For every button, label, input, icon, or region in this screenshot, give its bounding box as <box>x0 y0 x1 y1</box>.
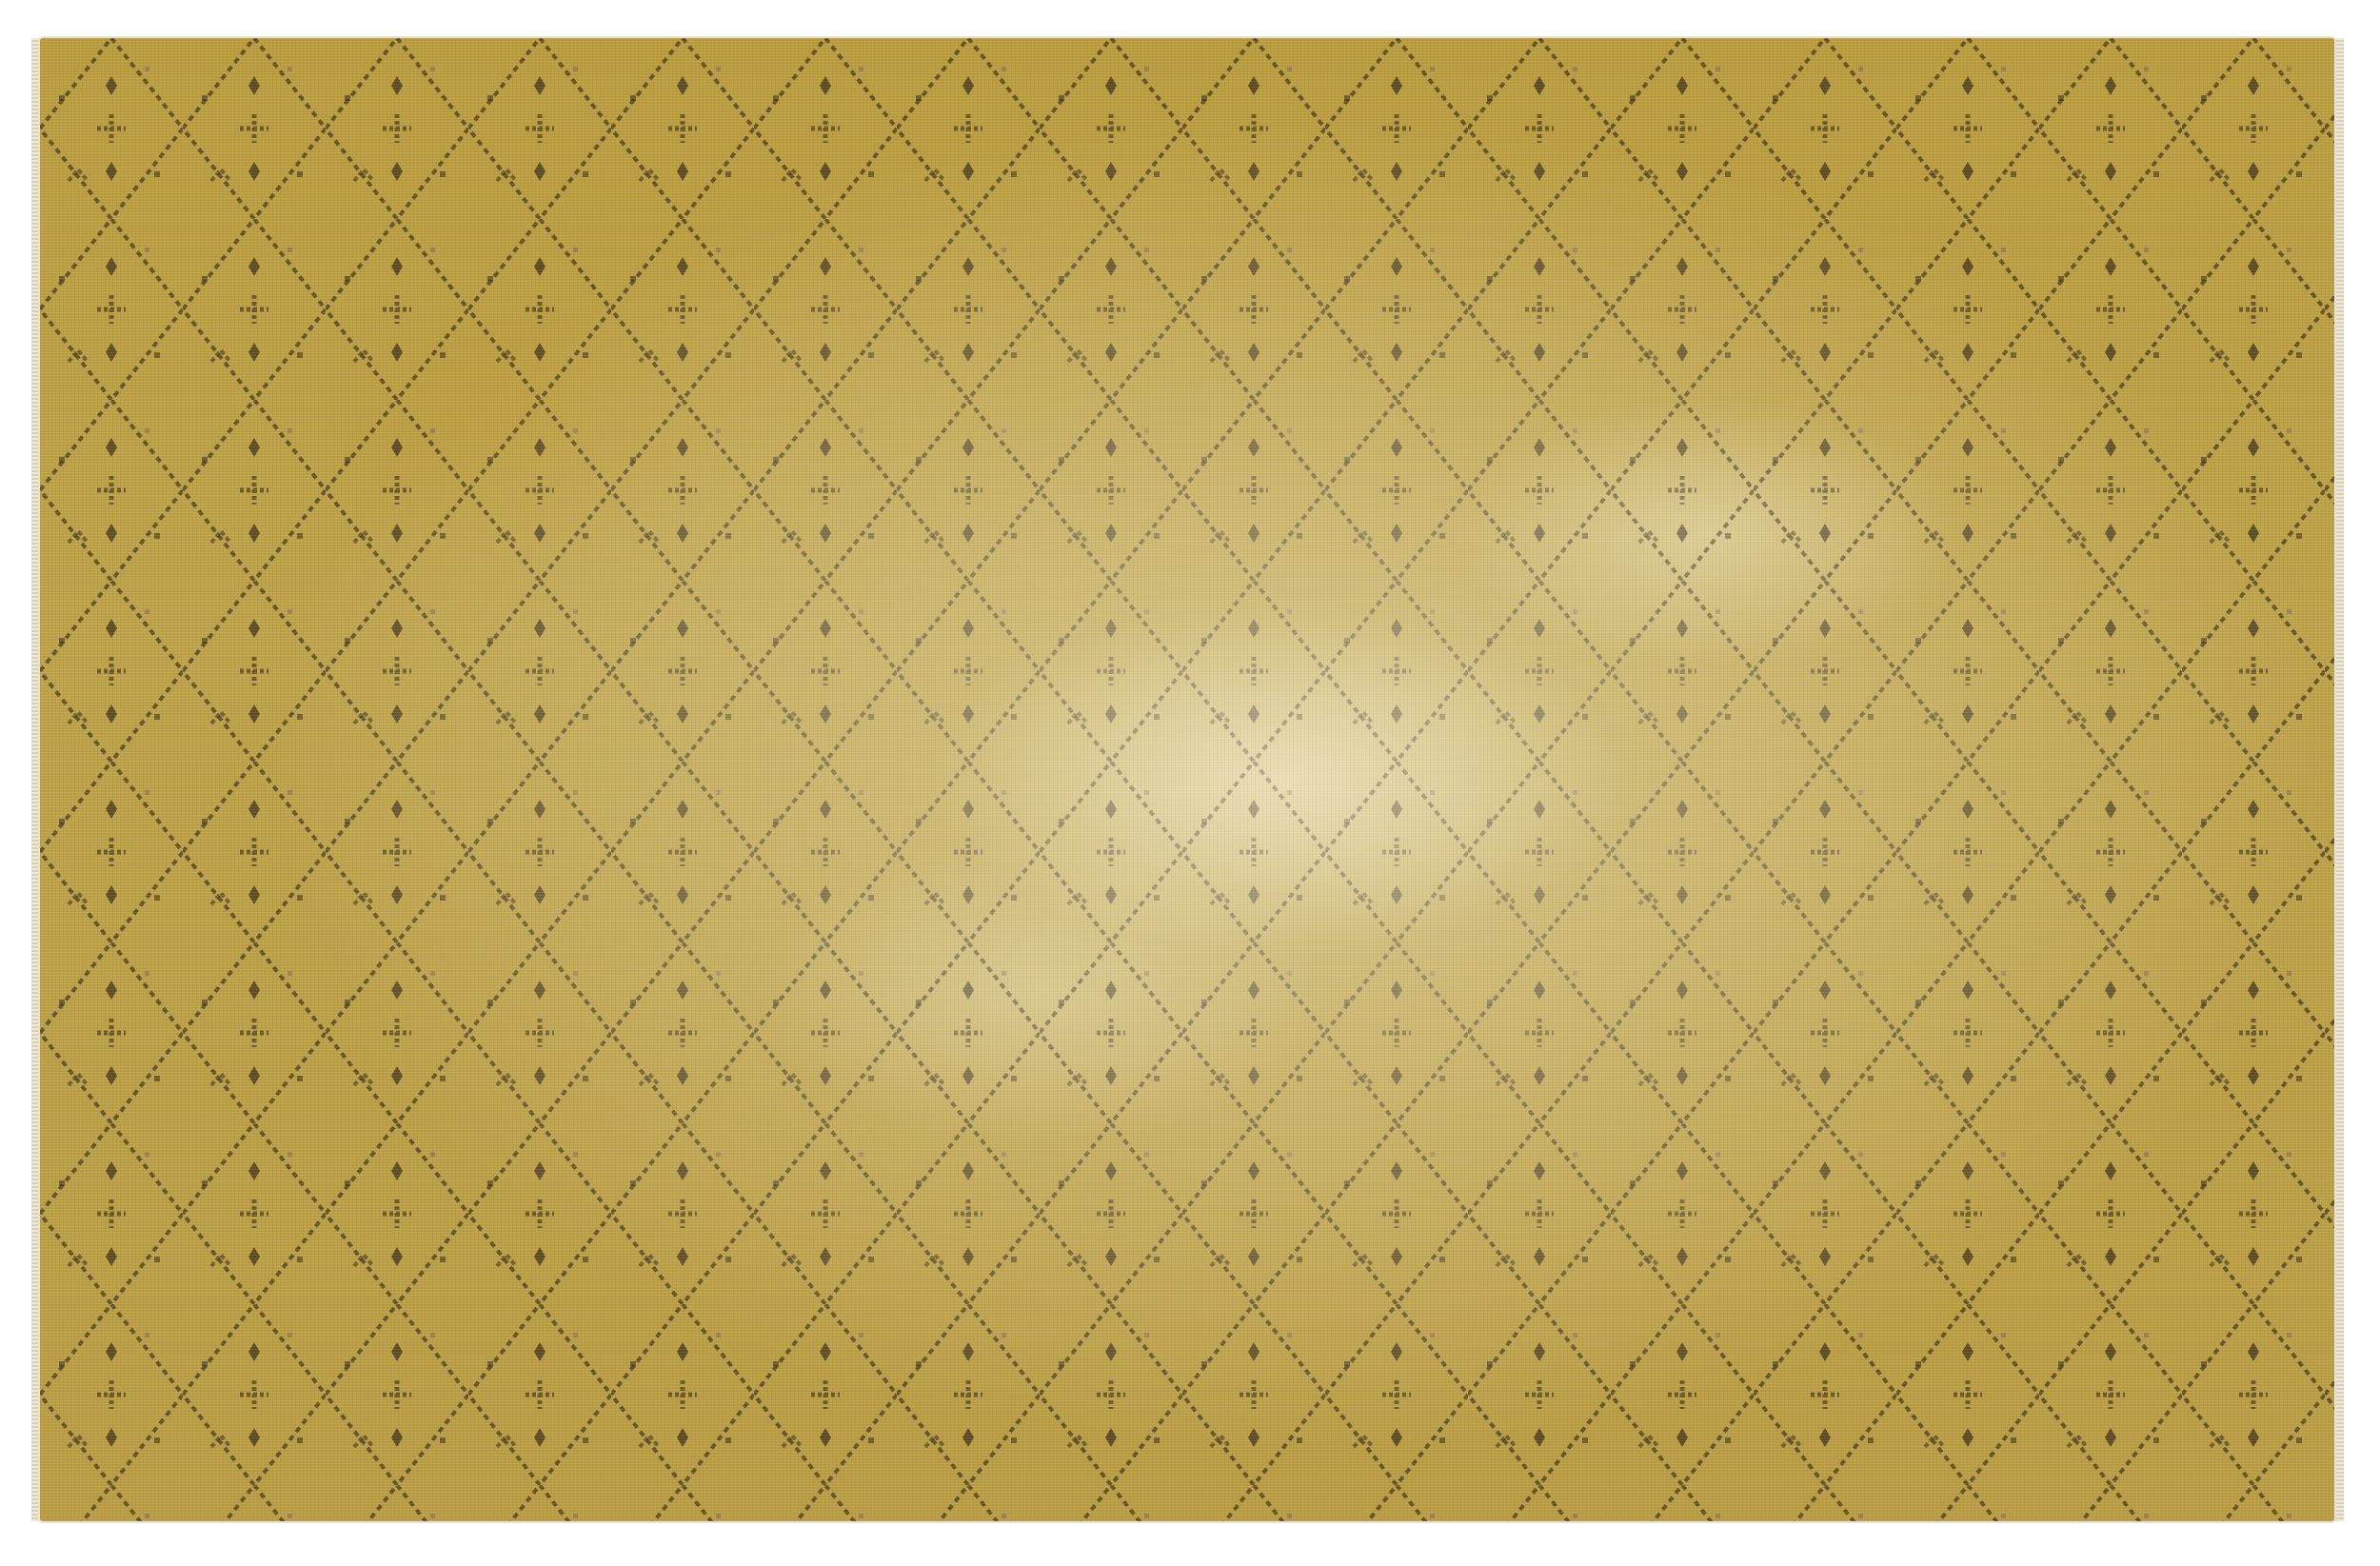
rug-fringe-right <box>2334 38 2344 1521</box>
rug <box>40 38 2334 1521</box>
rug-pattern <box>40 38 2334 1521</box>
